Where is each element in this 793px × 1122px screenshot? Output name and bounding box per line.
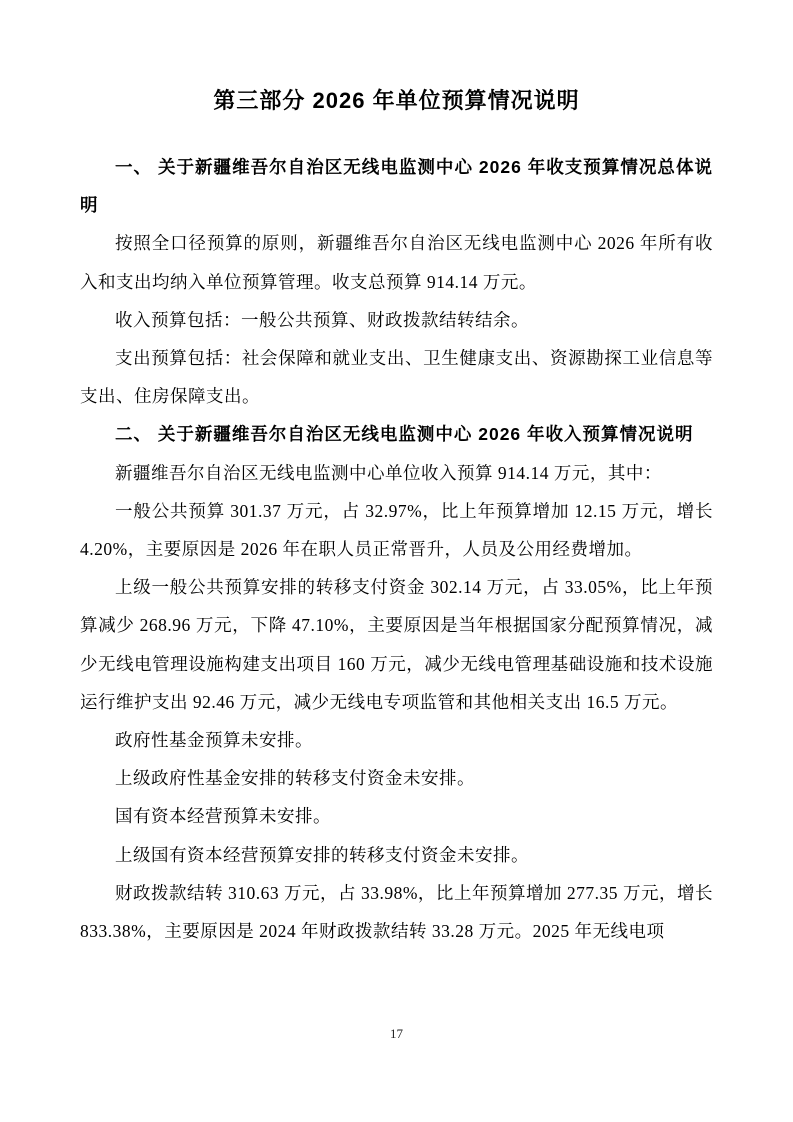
section-heading-1: 一、 关于新疆维吾尔自治区无线电监测中心 2026 年收支预算情况总体说明 <box>80 148 713 224</box>
paragraph-income-total: 新疆维吾尔自治区无线电监测中心单位收入预算 914.14 万元，其中： <box>80 454 713 492</box>
paragraph-expense-budget-includes: 支出预算包括：社会保障和就业支出、卫生健康支出、资源勘探工业信息等支出、住房保障… <box>80 339 713 415</box>
document-title: 第三部分 2026 年单位预算情况说明 <box>80 86 713 116</box>
paragraph-state-capital-not-arranged: 国有资本经营预算未安排。 <box>80 797 713 835</box>
paragraph-superior-gov-fund-not-arranged: 上级政府性基金安排的转移支付资金未安排。 <box>80 759 713 797</box>
paragraph-overall-budget: 按照全口径预算的原则，新疆维吾尔自治区无线电监测中心 2026 年所有收入和支出… <box>80 224 713 300</box>
paragraph-transfer-payment: 上级一般公共预算安排的转移支付资金 302.14 万元，占 33.05%，比上年… <box>80 568 713 721</box>
page-number: 17 <box>0 1026 793 1042</box>
document-title-text: 第三部分 2026 年单位预算情况说明 <box>213 88 579 113</box>
section-heading-2: 二、 关于新疆维吾尔自治区无线电监测中心 2026 年收入预算情况说明 <box>80 415 713 453</box>
paragraph-general-public-budget: 一般公共预算 301.37 万元，占 32.97%，比上年预算增加 12.15 … <box>80 492 713 568</box>
paragraph-fiscal-carryover: 财政拨款结转 310.63 万元，占 33.98%，比上年预算增加 277.35… <box>80 874 713 950</box>
paragraph-superior-state-capital-not-arranged: 上级国有资本经营预算安排的转移支付资金未安排。 <box>80 836 713 874</box>
paragraph-gov-fund-not-arranged: 政府性基金预算未安排。 <box>80 721 713 759</box>
document-content: 第三部分 2026 年单位预算情况说明 一、 关于新疆维吾尔自治区无线电监测中心… <box>0 0 793 950</box>
paragraph-income-budget-includes: 收入预算包括：一般公共预算、财政拨款结转结余。 <box>80 301 713 339</box>
document-page: 第三部分 2026 年单位预算情况说明 一、 关于新疆维吾尔自治区无线电监测中心… <box>0 0 793 1122</box>
